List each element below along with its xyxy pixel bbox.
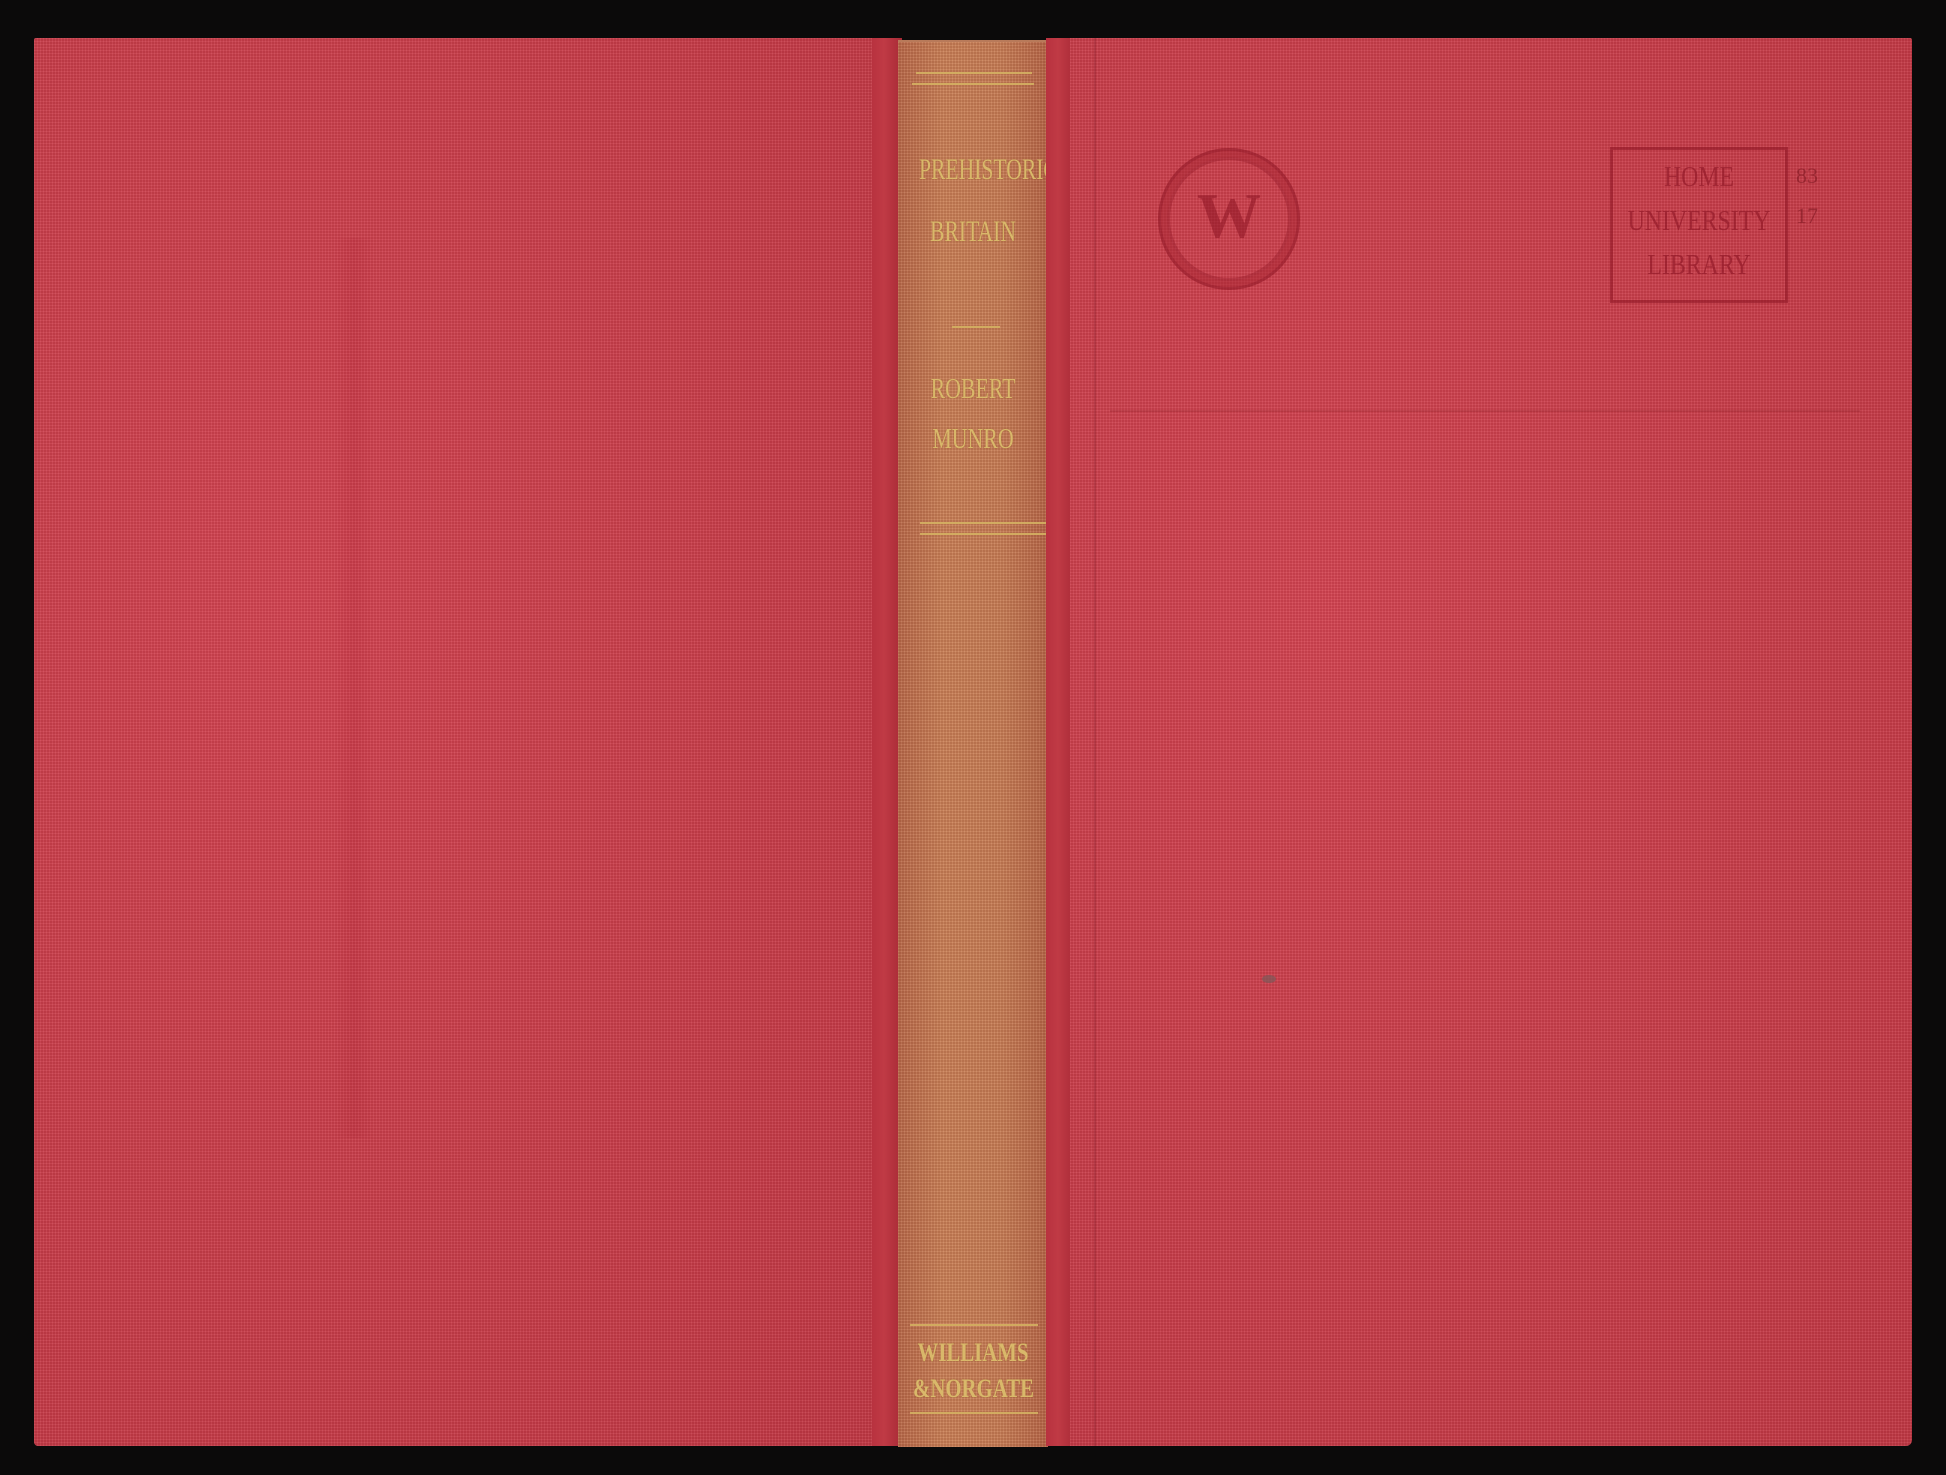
series-label-line-1: HOME [1626,156,1772,200]
shelf-mark-line-1: 83 [1796,156,1818,196]
spine-publisher-line-1: WILLIAMS [913,1336,1033,1370]
shelf-mark: 83 17 [1796,156,1818,236]
spine-author-line-2: MUNRO [915,420,1032,460]
spine-publisher-line-2: &NORGATE [913,1372,1033,1406]
spine-bottom-rule [910,1324,1038,1326]
series-label-box: HOME UNIVERSITY LIBRARY [1610,147,1788,303]
series-label-line-3: LIBRARY [1626,244,1772,288]
back-cover-board [34,38,886,1446]
spine-title-line-2: BRITAIN [919,210,1027,254]
cover-blemish [1262,975,1276,983]
spine-top-rule-2 [912,83,1034,85]
shelf-mark-line-2: 17 [1796,196,1818,236]
front-board-groove [1094,38,1096,1446]
spine-top-rule [916,72,1032,74]
blind-stamped-emblem: W [1158,148,1300,290]
spine-bottom-rule-2 [910,1412,1038,1414]
spine-title-line-1: PREHISTORIC [919,148,1027,192]
book-spine: PREHISTORIC BRITAIN ROBERT MUNRO WILLIAM… [898,40,1048,1447]
spine-divider-rule [952,326,1000,328]
spine-author-line-1: ROBERT [915,370,1032,410]
front-board-crease [1110,410,1860,412]
emblem-monogram: W [1161,179,1297,253]
series-label-line-2: UNIVERSITY [1626,200,1772,244]
spine-mid-rule-2 [920,533,1046,535]
spine-mid-rule [920,522,1046,524]
